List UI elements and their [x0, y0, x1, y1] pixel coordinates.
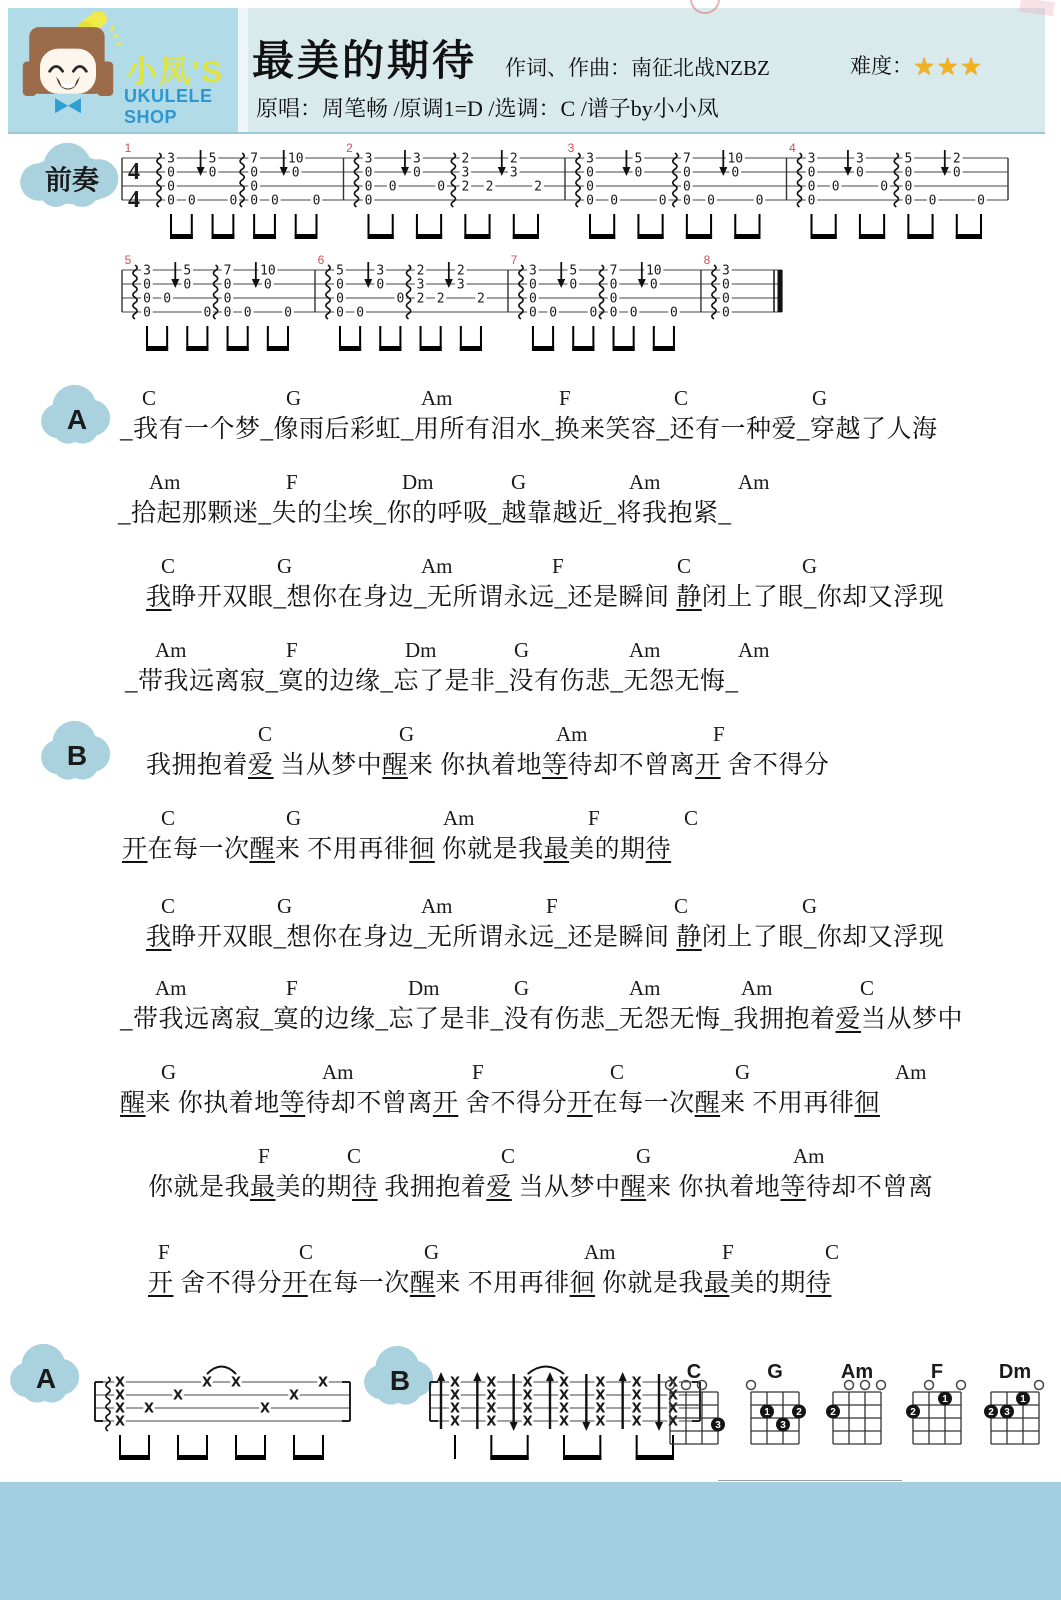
svg-text:0: 0	[143, 292, 151, 307]
svg-text:0: 0	[650, 278, 658, 293]
section-a-cloud: A	[41, 385, 110, 444]
svg-text:0: 0	[209, 166, 217, 181]
svg-text:0: 0	[365, 180, 373, 195]
sheet-page: 小凤'S UKULELE SHOP 最美的期待 作词、作曲：南征北战NZBZ 难…	[0, 0, 1061, 1600]
svg-text:0: 0	[569, 278, 577, 293]
svg-text:2: 2	[417, 292, 425, 307]
svg-text:2: 2	[486, 180, 494, 195]
svg-text:C: C	[687, 1361, 701, 1383]
svg-text:0: 0	[904, 166, 912, 181]
svg-text:X: X	[144, 1402, 154, 1417]
svg-text:3: 3	[167, 152, 175, 167]
svg-text:X: X	[318, 1376, 328, 1391]
svg-text:4: 4	[128, 159, 140, 185]
svg-text:X: X	[260, 1402, 270, 1417]
svg-text:2: 2	[461, 152, 469, 167]
intro-cloud: 前奏	[20, 143, 118, 207]
svg-text:0: 0	[808, 180, 816, 195]
svg-text:3: 3	[780, 1420, 786, 1431]
svg-text:X: X	[486, 1415, 496, 1430]
svg-text:0: 0	[832, 180, 840, 195]
svg-text:0: 0	[163, 292, 171, 307]
svg-text:0: 0	[167, 166, 175, 181]
svg-text:3: 3	[365, 152, 373, 167]
svg-text:0: 0	[722, 292, 730, 307]
svg-text:0: 0	[284, 306, 292, 321]
svg-text:3: 3	[586, 152, 594, 167]
section-b-cloud: B	[41, 721, 110, 780]
svg-text:X: X	[559, 1415, 569, 1430]
svg-text:3: 3	[529, 264, 537, 279]
svg-text:0: 0	[856, 166, 864, 181]
svg-text:0: 0	[167, 194, 175, 209]
bottom-band	[0, 1482, 1061, 1600]
svg-text:1: 1	[1020, 1394, 1026, 1405]
svg-text:0: 0	[365, 166, 373, 181]
svg-text:0: 0	[722, 306, 730, 321]
svg-text:2: 2	[477, 292, 485, 307]
svg-text:0: 0	[389, 180, 397, 195]
svg-text:X: X	[173, 1389, 183, 1404]
svg-text:0: 0	[586, 180, 594, 195]
chord-diagram-Am: Am2	[826, 1361, 886, 1444]
svg-text:3: 3	[417, 278, 425, 293]
svg-text:10: 10	[646, 264, 662, 279]
svg-text:0: 0	[229, 194, 237, 209]
svg-text:0: 0	[250, 166, 258, 181]
svg-text:5: 5	[904, 152, 912, 167]
svg-text:0: 0	[183, 278, 191, 293]
svg-text:0: 0	[336, 278, 344, 293]
chord-diagram-F: F12	[906, 1361, 966, 1444]
strum-pattern-a: XXXXXXXXXXX	[95, 1367, 350, 1460]
svg-text:0: 0	[670, 306, 678, 321]
svg-text:X: X	[231, 1376, 241, 1391]
svg-text:4: 4	[128, 187, 140, 213]
svg-text:0: 0	[610, 278, 618, 293]
svg-text:0: 0	[336, 292, 344, 307]
svg-text:0: 0	[244, 306, 252, 321]
svg-text:X: X	[595, 1415, 605, 1430]
svg-text:0: 0	[635, 166, 643, 181]
svg-text:4: 4	[789, 141, 796, 155]
svg-text:0: 0	[756, 194, 764, 209]
svg-text:10: 10	[260, 264, 276, 279]
svg-text:2: 2	[830, 1407, 836, 1418]
svg-text:0: 0	[904, 194, 912, 209]
svg-text:0: 0	[731, 166, 739, 181]
svg-text:0: 0	[953, 166, 961, 181]
svg-text:2: 2	[461, 180, 469, 195]
chord-diagram-Dm: Dm123	[984, 1361, 1044, 1444]
svg-text:0: 0	[292, 166, 300, 181]
svg-text:2: 2	[988, 1407, 994, 1418]
svg-text:3: 3	[510, 166, 518, 181]
svg-text:0: 0	[336, 306, 344, 321]
svg-text:5: 5	[125, 253, 132, 267]
svg-text:0: 0	[659, 194, 667, 209]
svg-text:3: 3	[457, 278, 465, 293]
svg-text:0: 0	[376, 278, 384, 293]
svg-text:0: 0	[224, 292, 232, 307]
svg-text:0: 0	[356, 306, 364, 321]
svg-text:0: 0	[224, 306, 232, 321]
svg-text:0: 0	[630, 306, 638, 321]
svg-text:0: 0	[250, 180, 258, 195]
svg-text:X: X	[523, 1415, 533, 1430]
svg-text:3: 3	[568, 141, 575, 155]
svg-text:0: 0	[610, 194, 618, 209]
svg-text:7: 7	[610, 264, 618, 279]
svg-text:0: 0	[586, 194, 594, 209]
svg-text:2: 2	[510, 152, 518, 167]
svg-text:1: 1	[125, 141, 132, 155]
svg-text:10: 10	[727, 152, 743, 167]
svg-text:3: 3	[722, 264, 730, 279]
svg-text:0: 0	[437, 180, 445, 195]
svg-text:0: 0	[610, 292, 618, 307]
svg-text:0: 0	[683, 180, 691, 195]
svg-text:5: 5	[635, 152, 643, 167]
svg-text:0: 0	[610, 306, 618, 321]
svg-text:2: 2	[534, 180, 542, 195]
svg-text:2: 2	[346, 141, 353, 155]
svg-text:0: 0	[589, 306, 597, 321]
svg-text:X: X	[632, 1415, 642, 1430]
svg-text:2: 2	[417, 264, 425, 279]
svg-text:3: 3	[376, 264, 384, 279]
svg-text:0: 0	[529, 306, 537, 321]
svg-text:0: 0	[250, 194, 258, 209]
svg-text:5: 5	[569, 264, 577, 279]
svg-text:0: 0	[396, 292, 404, 307]
svg-text:2: 2	[796, 1407, 802, 1418]
svg-text:0: 0	[529, 292, 537, 307]
svg-text:8: 8	[704, 253, 711, 267]
svg-text:3: 3	[461, 166, 469, 181]
svg-text:0: 0	[683, 166, 691, 181]
svg-text:B: B	[390, 1365, 410, 1396]
svg-text:0: 0	[808, 194, 816, 209]
svg-text:0: 0	[929, 194, 937, 209]
svg-text:3: 3	[1004, 1407, 1010, 1418]
chord-diagram-G: G123	[747, 1361, 807, 1444]
svg-text:2: 2	[953, 152, 961, 167]
svg-text:0: 0	[808, 166, 816, 181]
svg-text:10: 10	[288, 152, 304, 167]
svg-text:0: 0	[586, 166, 594, 181]
svg-text:3: 3	[808, 152, 816, 167]
svg-text:F: F	[931, 1361, 943, 1383]
intro-tab-line-2: 5300005007000010006500003002322232730000…	[122, 253, 782, 350]
svg-text:0: 0	[143, 278, 151, 293]
svg-text:0: 0	[977, 194, 985, 209]
svg-text:X: X	[115, 1415, 125, 1430]
svg-text:X: X	[289, 1389, 299, 1404]
svg-text:7: 7	[250, 152, 258, 167]
svg-text:0: 0	[549, 306, 557, 321]
svg-text:0: 0	[313, 194, 321, 209]
svg-text:X: X	[450, 1415, 460, 1430]
svg-text:3: 3	[143, 264, 151, 279]
svg-text:前奏: 前奏	[45, 165, 99, 196]
svg-text:X: X	[202, 1376, 212, 1391]
intro-tab-line-1: 4413000050070000100023000030023222323300…	[122, 141, 1008, 238]
strum-pattern-b: XXXXXXXXXXXXXXXXXXXXXXXXXXXX	[430, 1367, 700, 1460]
svg-text:Am: Am	[841, 1361, 873, 1383]
svg-text:0: 0	[188, 194, 196, 209]
svg-text:6: 6	[318, 253, 325, 267]
svg-text:5: 5	[209, 152, 217, 167]
svg-text:5: 5	[183, 264, 191, 279]
svg-text:3: 3	[715, 1420, 721, 1431]
svg-text:3: 3	[413, 152, 421, 167]
svg-text:0: 0	[683, 194, 691, 209]
svg-text:2: 2	[910, 1407, 916, 1418]
svg-text:2: 2	[437, 292, 445, 307]
svg-text:0: 0	[204, 306, 212, 321]
svg-text:7: 7	[224, 264, 232, 279]
svg-text:G: G	[767, 1361, 783, 1383]
svg-text:0: 0	[167, 180, 175, 195]
svg-text:A: A	[67, 404, 87, 435]
svg-text:0: 0	[143, 306, 151, 321]
svg-text:0: 0	[224, 278, 232, 293]
svg-text:5: 5	[336, 264, 344, 279]
svg-text:0: 0	[722, 278, 730, 293]
svg-text:0: 0	[365, 194, 373, 209]
svg-text:1: 1	[942, 1394, 948, 1405]
svg-text:0: 0	[904, 180, 912, 195]
svg-text:B: B	[67, 740, 87, 771]
strum-b-cloud: B	[364, 1346, 433, 1405]
svg-text:1: 1	[764, 1407, 770, 1418]
svg-text:A: A	[36, 1363, 56, 1394]
sheet-graphics: 前奏ABAB4413000050070000100023000030023222…	[0, 0, 1061, 1600]
svg-text:0: 0	[264, 278, 272, 293]
svg-text:7: 7	[683, 152, 691, 167]
svg-text:Dm: Dm	[999, 1361, 1031, 1383]
svg-text:0: 0	[880, 180, 888, 195]
svg-text:0: 0	[529, 278, 537, 293]
svg-text:7: 7	[511, 253, 518, 267]
svg-text:0: 0	[413, 166, 421, 181]
svg-text:2: 2	[457, 264, 465, 279]
svg-text:0: 0	[707, 194, 715, 209]
svg-text:3: 3	[856, 152, 864, 167]
svg-text:0: 0	[271, 194, 279, 209]
strum-a-cloud: A	[10, 1344, 79, 1403]
